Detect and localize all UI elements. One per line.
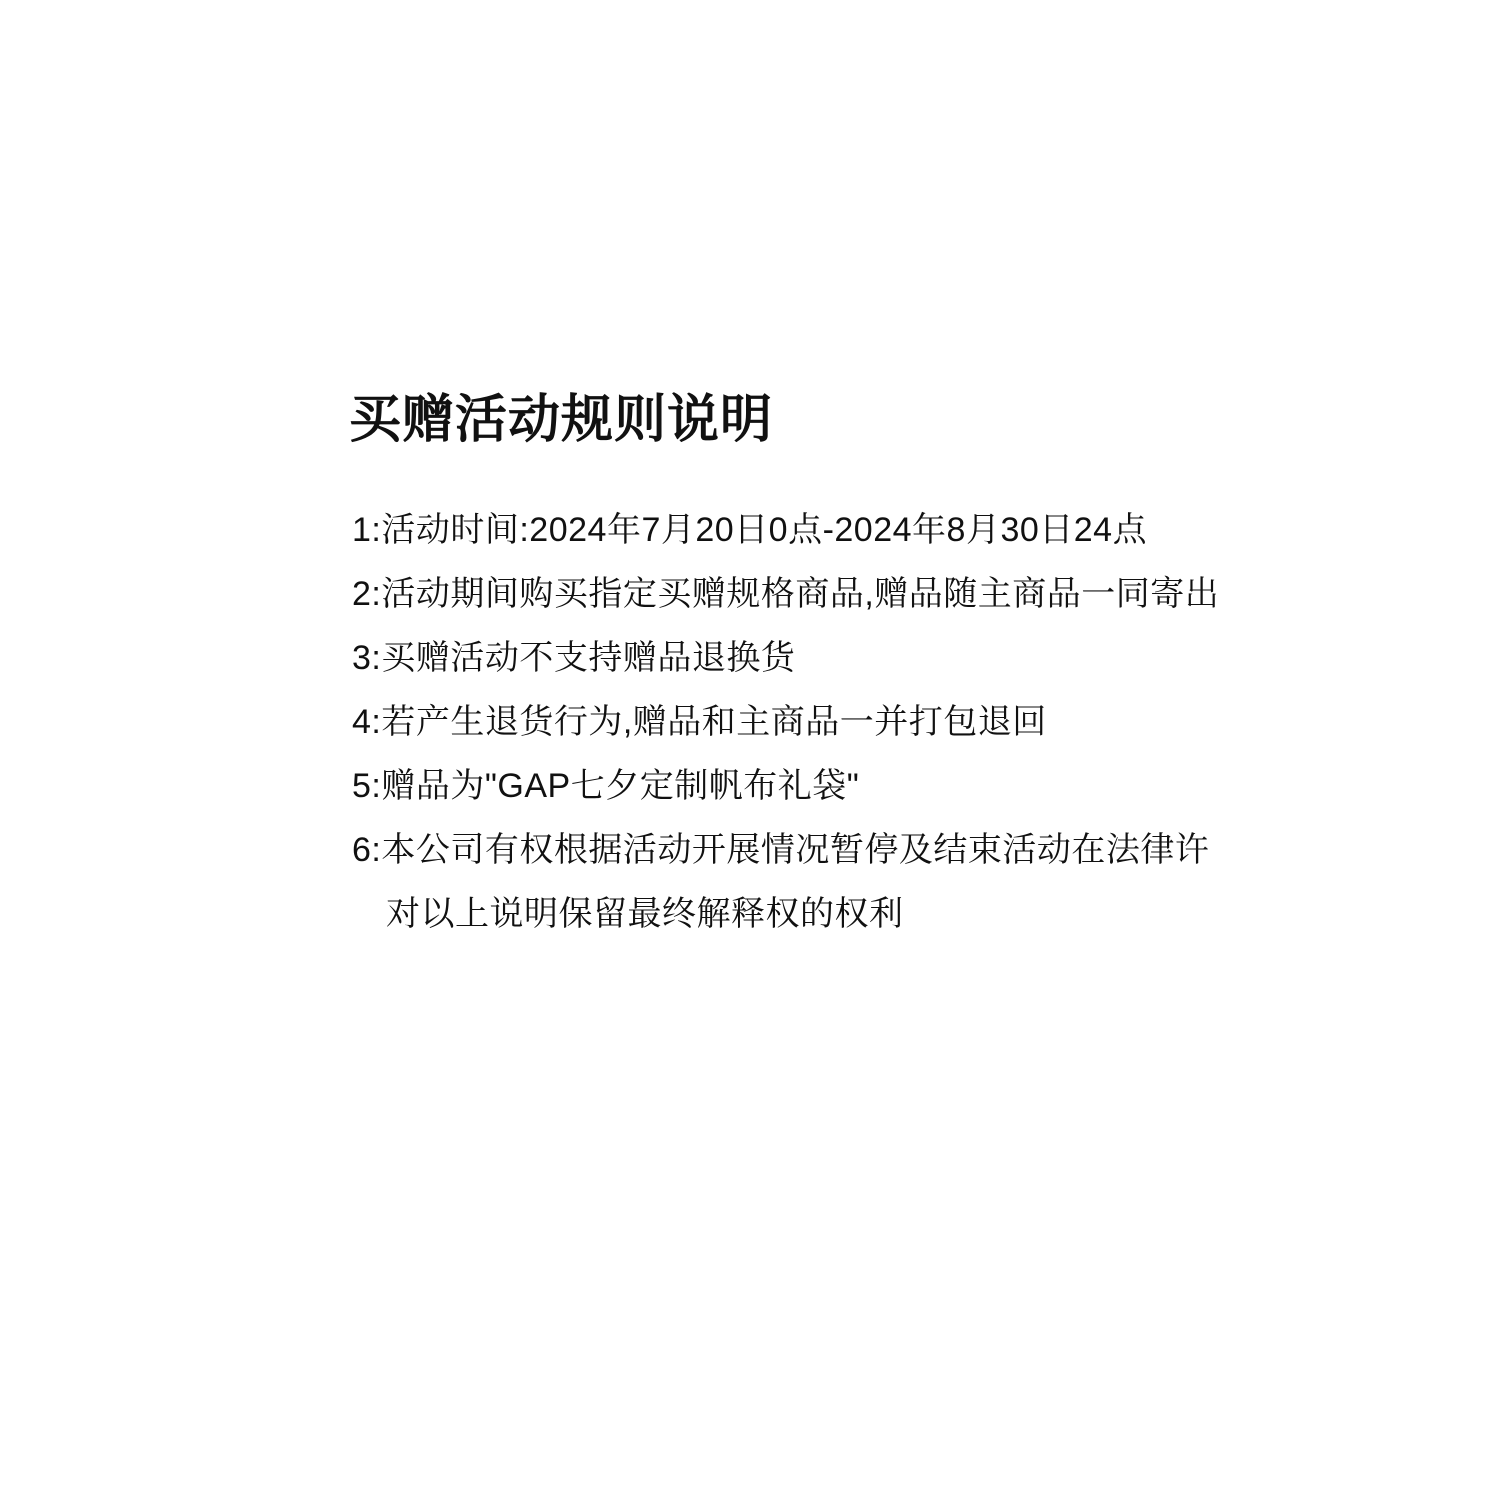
rule-line-company-rights-continuation: 对以上说明保留最终解释权的权利: [352, 882, 1252, 946]
rules-list: 1:活动时间:2024年7月20日0点-2024年8月30日24点 2:活动期间…: [352, 498, 1252, 946]
rule-line-company-rights: 6:本公司有权根据活动开展情况暂停及结束活动在法律许: [352, 818, 1252, 882]
rule-line-return-policy: 4:若产生退货行为,赠品和主商品一并打包退回: [352, 690, 1252, 754]
page-title: 买赠活动规则说明: [349, 392, 773, 449]
rule-line-gift-shipping: 2:活动期间购买指定买赠规格商品,赠品随主商品一同寄出: [352, 562, 1252, 626]
promo-rules-page: 买赠活动规则说明 1:活动时间:2024年7月20日0点-2024年8月30日2…: [0, 0, 1500, 1500]
rule-line-no-gift-returns: 3:买赠活动不支持赠品退换货: [352, 626, 1252, 690]
rule-line-gift-description: 5:赠品为"GAP七夕定制帆布礼袋": [352, 754, 1252, 818]
rule-line-activity-time: 1:活动时间:2024年7月20日0点-2024年8月30日24点: [352, 498, 1252, 562]
